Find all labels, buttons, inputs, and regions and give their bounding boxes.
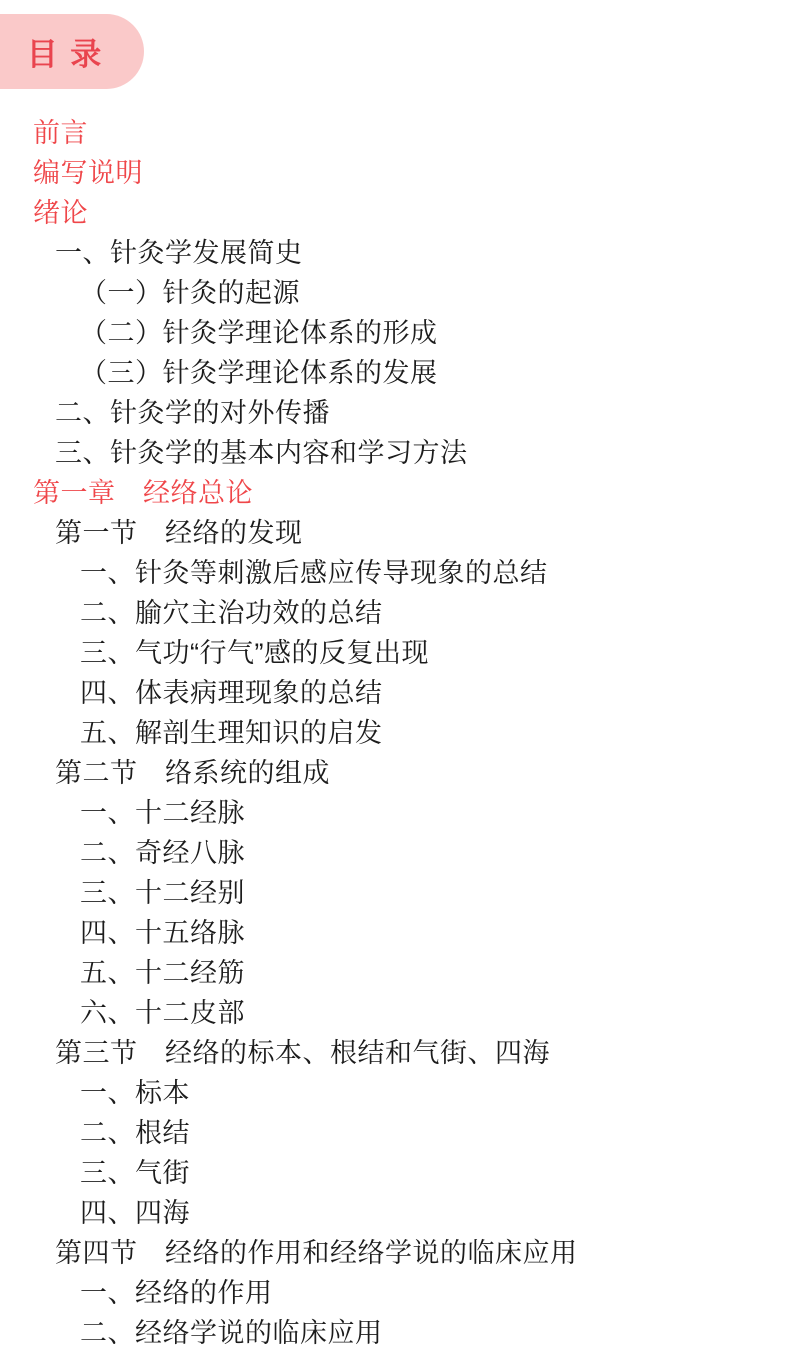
toc-entry[interactable]: 三、气街	[0, 1153, 790, 1193]
toc-entry[interactable]: （二）针灸学理论体系的形成	[0, 313, 790, 353]
toc-entry[interactable]: 二、经络学说的临床应用	[0, 1313, 790, 1353]
toc-entry[interactable]: 一、十二经脉	[0, 793, 790, 833]
toc-entry[interactable]: （三）针灸学理论体系的发展	[0, 353, 790, 393]
toc-entry[interactable]: 二、针灸学的对外传播	[0, 393, 790, 433]
toc-entry[interactable]: 编写说明	[0, 153, 790, 193]
toc-entry[interactable]: 五、十二经筋	[0, 953, 790, 993]
toc-entry[interactable]: 一、标本	[0, 1073, 790, 1113]
toc-entry[interactable]: 四、体表病理现象的总结	[0, 673, 790, 713]
toc-entry[interactable]: 三、针灸学的基本内容和学习方法	[0, 433, 790, 473]
toc-entry[interactable]: 第三节 经络的标本、根结和气街、四海	[0, 1033, 790, 1073]
toc-header-badge: 目 录	[0, 14, 144, 89]
toc-entry[interactable]: 第一节 经络的发现	[0, 513, 790, 553]
toc-entry[interactable]: 前言	[0, 113, 790, 153]
toc-entry[interactable]: 四、四海	[0, 1193, 790, 1233]
toc-entry[interactable]: 三、气功“行气”感的反复出现	[0, 633, 790, 673]
toc-entry[interactable]: 绪论	[0, 193, 790, 233]
toc-entry[interactable]: 五、解剖生理知识的启发	[0, 713, 790, 753]
toc-entry[interactable]: 三、十二经别	[0, 873, 790, 913]
toc-entry[interactable]: 一、针灸学发展简史	[0, 233, 790, 273]
toc-entry[interactable]: 第四节 经络的作用和经络学说的临床应用	[0, 1233, 790, 1273]
toc-entry[interactable]: 一、针灸等刺激后感应传导现象的总结	[0, 553, 790, 593]
toc-list: 前言编写说明绪论一、针灸学发展简史（一）针灸的起源（二）针灸学理论体系的形成（三…	[0, 113, 790, 1353]
toc-entry[interactable]: 第一章 经络总论	[0, 473, 790, 513]
toc-page-title: 目 录	[27, 29, 118, 74]
toc-entry[interactable]: 二、奇经八脉	[0, 833, 790, 873]
toc-entry[interactable]: （一）针灸的起源	[0, 273, 790, 313]
toc-entry[interactable]: 六、十二皮部	[0, 993, 790, 1033]
toc-entry[interactable]: 四、十五络脉	[0, 913, 790, 953]
toc-entry[interactable]: 二、腧穴主治功效的总结	[0, 593, 790, 633]
toc-entry[interactable]: 一、经络的作用	[0, 1273, 790, 1313]
toc-entry[interactable]: 二、根结	[0, 1113, 790, 1153]
toc-entry[interactable]: 第二节 络系统的组成	[0, 753, 790, 793]
